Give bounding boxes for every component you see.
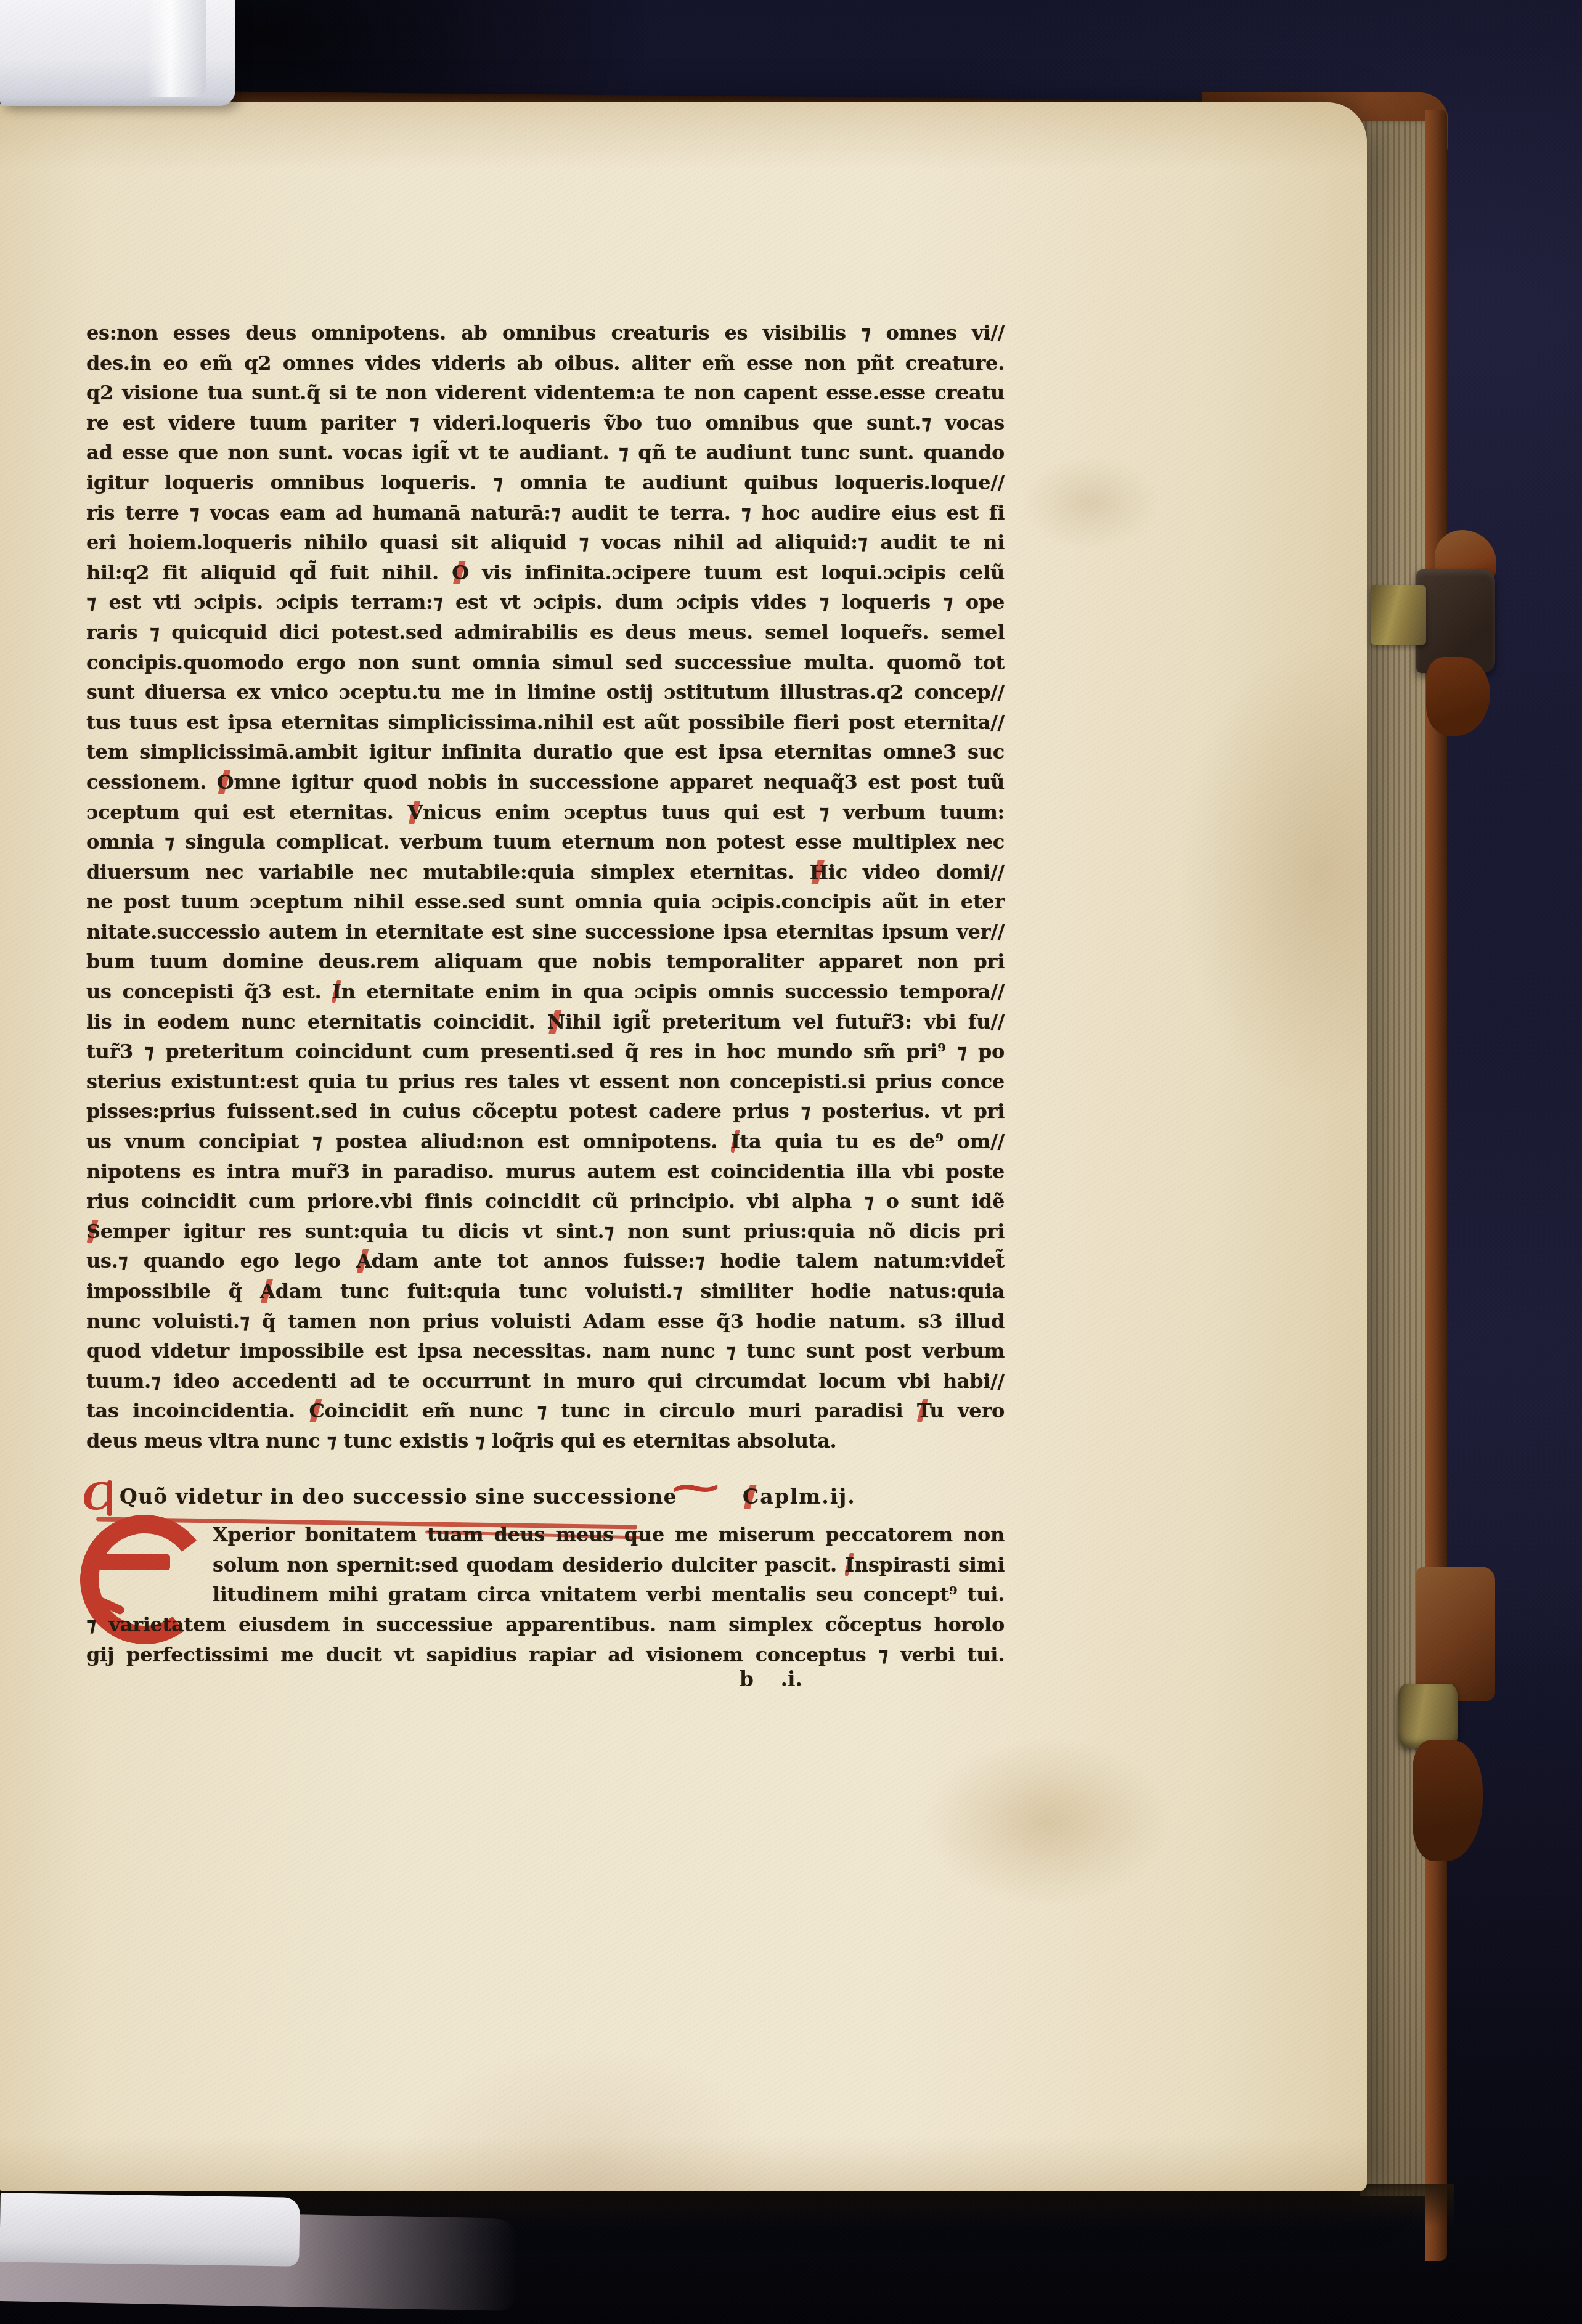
capitulum-mark: C [83,1478,122,1519]
text-line: us.⁊ quando ego lego Adam ante tot annos… [86,1246,1005,1276]
text-line: ⁊ varietatem eiusdem in successiue appar… [86,1610,1005,1640]
drop-cap-initial-E: E [80,1515,192,1618]
upper-clasp-lower-hook [1426,657,1490,736]
chapter-label: Caplm.ij. [743,1480,856,1514]
book-cover-leather-edge [1425,110,1447,2261]
text-line: hil:q2 fit aliquid qd̃ fuit nihil. O vis… [86,558,1005,588]
text-line: us vnum concipiat ⁊ postea aliud:non est… [86,1127,1005,1157]
text-line: q2 visione tua sunt.q̃ si te non videren… [86,378,1005,408]
text-line: diuersum nec variabile nec mutabile:quia… [86,857,1005,887]
text-line: omnia ⁊ singula complicat. verbum tuum e… [86,827,1005,857]
text-line: eri hoiem.loqueris nihilo quasi sit aliq… [86,528,1005,558]
chapter-full-block: ⁊ varietatem eiusdem in successiue appar… [86,1610,1005,1670]
text-line: tus tuus est ipsa eternitas simplicissim… [86,707,1005,738]
photo-backdrop: es:non esses deus omnipotens. ab omnibus… [0,0,1582,2324]
rubric-squiggle: ~ [667,1470,725,1504]
text-line: pisses:prius fuissent.sed in cuius cõcep… [86,1096,1005,1127]
text-line: des.in eo em̃ q2 omnes vides videris ab … [86,348,1005,378]
text-line: ne post tuum ɔceptum nihil esse.sed sunt… [86,887,1005,917]
text-line: ad esse que non sunt. vocas igit̃ vt te … [86,438,1005,468]
quire-signature: b .i. [740,1664,802,1695]
rubricated-capital: H [810,860,828,884]
main-text-block: es:non esses deus omnipotens. ab omnibus… [86,318,1005,1456]
lower-clasp-brass-catch [1398,1684,1458,1748]
text-line: bum tuum domine deus.rem aliquam que nob… [86,947,1005,977]
text-line: gij perfectissimi me ducit vt sapidius r… [86,1640,1005,1670]
text-line: deus meus vltra nunc ⁊ tunc existis ⁊ lo… [86,1426,1005,1456]
rubricated-capital: A [356,1249,372,1273]
lower-clasp-strap [1416,1567,1495,1701]
chapter-indent-block: Xperior bonitatem tuam deus meus que me … [213,1520,1005,1610]
text-line: raris ⁊ quicquid dici potest.sed admirab… [86,618,1005,648]
tissue-paper-fold [147,0,206,97]
text-line: solum non spernit:sed quodam desiderio d… [213,1550,1005,1580]
text-line: ris terre ⁊ vocas eam ad humanā naturā:⁊… [86,498,1005,528]
text-line: cessionem. Omne igitur quod nobis in suc… [86,767,1005,797]
text-line: ɔceptum qui est eternitas. Vnicus enim ɔ… [86,797,1005,828]
rubricated-capital: V [408,801,423,824]
text-line: tas incoincidentia. Coincidit em̃ nunc ⁊… [86,1396,1005,1426]
text-line: nunc voluisti.⁊ q̃ tamen non prius volui… [86,1307,1005,1337]
rubricated-capital: O [217,770,234,794]
text-line: sterius existunt:est quia tu prius res t… [86,1067,1005,1097]
text-line: sunt diuersa ex vnico ɔceptu.tu me in li… [86,677,1005,707]
rubricated-capital: I [332,980,341,1003]
rubricated-capital: S [86,1220,100,1243]
text-line: Xperior bonitatem tuam deus meus que me … [213,1520,1005,1550]
text-line: litudinem mihi gratam circa vnitatem ver… [213,1580,1005,1610]
text-line: ⁊ est vti ɔcipis. ɔcipis terram:⁊ est vt… [86,587,1005,618]
signature-numeral: .i. [781,1664,803,1695]
capitulum-bar [107,1480,112,1516]
text-line: Semper igitur res sunt:quia tu dicis vt … [86,1217,1005,1247]
text-line: impossibile q̃ Adam tunc fuit:quia tunc … [86,1276,1005,1307]
rubricated-capital: C [743,1485,760,1509]
text-line: re est videre tuum pariter ⁊ videri.loqu… [86,408,1005,438]
chapter-heading-title: Quõ videtur in deo successio sine succes… [120,1480,677,1514]
text-line: us concepisti q̃3 est. In eternitate eni… [86,977,1005,1007]
text-line: nitate.successio autem in eternitate est… [86,917,1005,947]
text-line: lis in eodem nunc eternitatis coincidit.… [86,1007,1005,1037]
lower-clasp-lower-strap [1413,1740,1483,1861]
book-fore-edge [1360,121,1427,2196]
text-line: tem simplicissimā.ambit igitur infinita … [86,737,1005,767]
rubricated-capital: C [309,1399,324,1422]
upper-clasp-brass-band [1371,585,1426,645]
drop-cap-bar [99,1554,170,1570]
rubricated-capital: I [845,1553,854,1576]
tissue-paper-top-left [0,0,235,106]
rubricated-capital: N [547,1010,565,1034]
text-line: rius coincidit cum priore.vbi finis coin… [86,1186,1005,1217]
rubricated-capital: I [731,1130,740,1153]
text-line: tur̃3 ⁊ preteritum coincidunt cum presen… [86,1037,1005,1067]
text-line: nipotens es intra mur̃3 in paradiso. mur… [86,1157,1005,1187]
tissue-paper-bottom-left [0,2193,300,2267]
text-line: igitur loqueris omnibus loqueris. ⁊ omni… [86,468,1005,498]
text-line: es:non esses deus omnipotens. ab omnibus… [86,318,1005,348]
text-line: tuum.⁊ ideo accedenti ad te occurrunt in… [86,1366,1005,1396]
rubricated-capital: A [260,1279,275,1303]
text-line: concipis.quomodo ergo non sunt omnia sim… [86,648,1005,678]
signature-letter: b [740,1664,754,1695]
rubricated-capital: O [452,561,469,584]
text-line: quod videtur impossibile est ipsa necess… [86,1336,1005,1366]
rubricated-capital: T [917,1399,930,1422]
